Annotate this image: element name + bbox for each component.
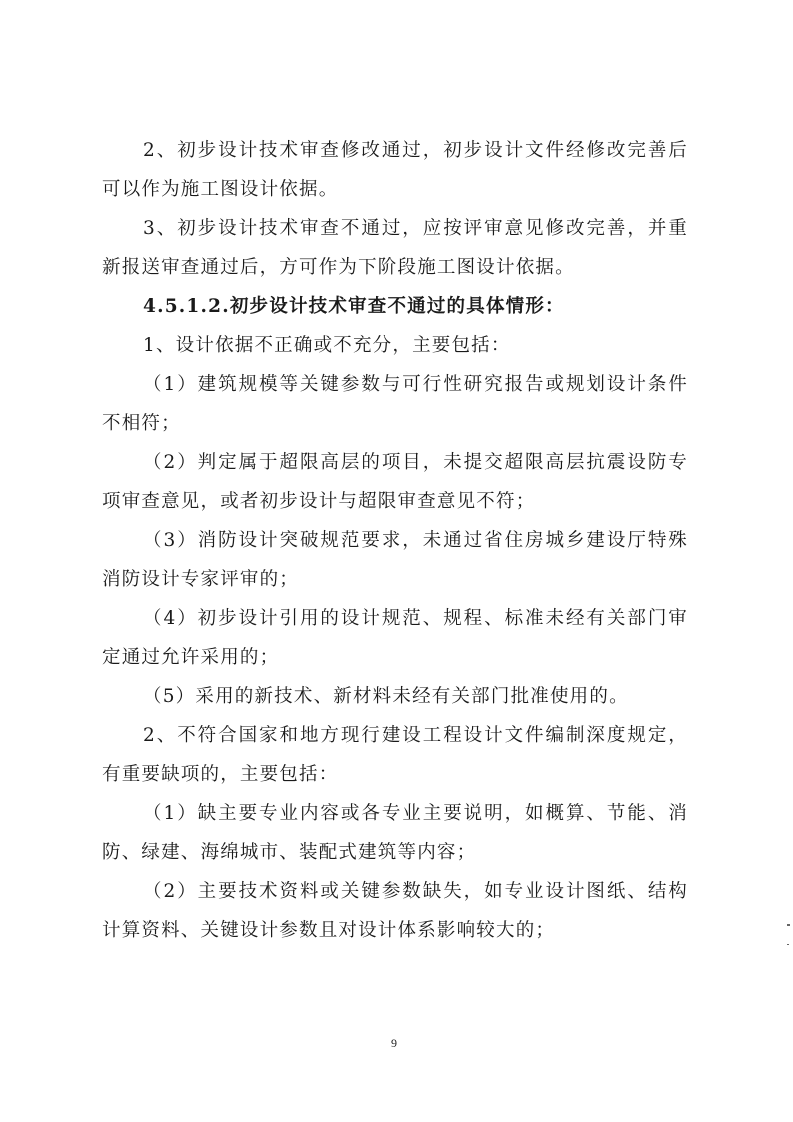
item-2-2-line-1: （2）主要技术资料或关键参数缺失，如专业设计图纸、结构: [102, 872, 688, 911]
item-1-1-line-1: （1）建筑规模等关键参数与可行性研究报告或规划设计条件: [102, 365, 688, 404]
page-number: 9: [391, 1036, 397, 1051]
item-1-2-line-1: （2）判定属于超限高层的项目，未提交超限高层抗震设防专: [102, 443, 688, 482]
item-1-heading: 1、设计依据不正确或不充分，主要包括：: [102, 326, 688, 365]
item-1-3-line-2: 消防设计专家评审的；: [102, 560, 688, 599]
section-heading-4-5-1-2: 4.5.1.2.初步设计技术审查不通过的具体情形：: [102, 287, 688, 326]
body-text: 2、初步设计技术审查修改通过，初步设计文件经修改完善后 可以作为施工图设计依据。…: [102, 131, 688, 950]
item-1-1-line-2: 不相符；: [102, 404, 688, 443]
scan-artifact-mark: [787, 924, 790, 926]
paragraph-3-line-2: 新报送审查通过后，方可作为下阶段施工图设计依据。: [102, 248, 688, 287]
scan-artifact-mark: [787, 944, 789, 945]
item-1-5: （5）采用的新技术、新材料未经有关部门批准使用的。: [102, 677, 688, 716]
paragraph-3-line-1: 3、初步设计技术审查不通过，应按评审意见修改完善，并重: [102, 209, 688, 248]
item-2-1-line-1: （1）缺主要专业内容或各专业主要说明，如概算、节能、消: [102, 794, 688, 833]
item-1-4-line-1: （4）初步设计引用的设计规范、规程、标准未经有关部门审: [102, 599, 688, 638]
item-1-4-line-2: 定通过允许采用的；: [102, 638, 688, 677]
document-page: 2、初步设计技术审查修改通过，初步设计文件经修改完善后 可以作为施工图设计依据。…: [0, 0, 793, 1122]
paragraph-2-line-1: 2、初步设计技术审查修改通过，初步设计文件经修改完善后: [102, 131, 688, 170]
item-2-heading-line-2: 有重要缺项的，主要包括：: [102, 755, 688, 794]
item-1-3-line-1: （3）消防设计突破规范要求，未通过省住房城乡建设厅特殊: [102, 521, 688, 560]
item-1-2-line-2: 项审查意见，或者初步设计与超限审查意见不符；: [102, 482, 688, 521]
item-2-1-line-2: 防、绿建、海绵城市、装配式建筑等内容；: [102, 833, 688, 872]
paragraph-2-line-2: 可以作为施工图设计依据。: [102, 170, 688, 209]
item-2-heading-line-1: 2、不符合国家和地方现行建设工程设计文件编制深度规定，: [102, 716, 688, 755]
item-2-2-line-2: 计算资料、关键设计参数且对设计体系影响较大的；: [102, 911, 688, 950]
